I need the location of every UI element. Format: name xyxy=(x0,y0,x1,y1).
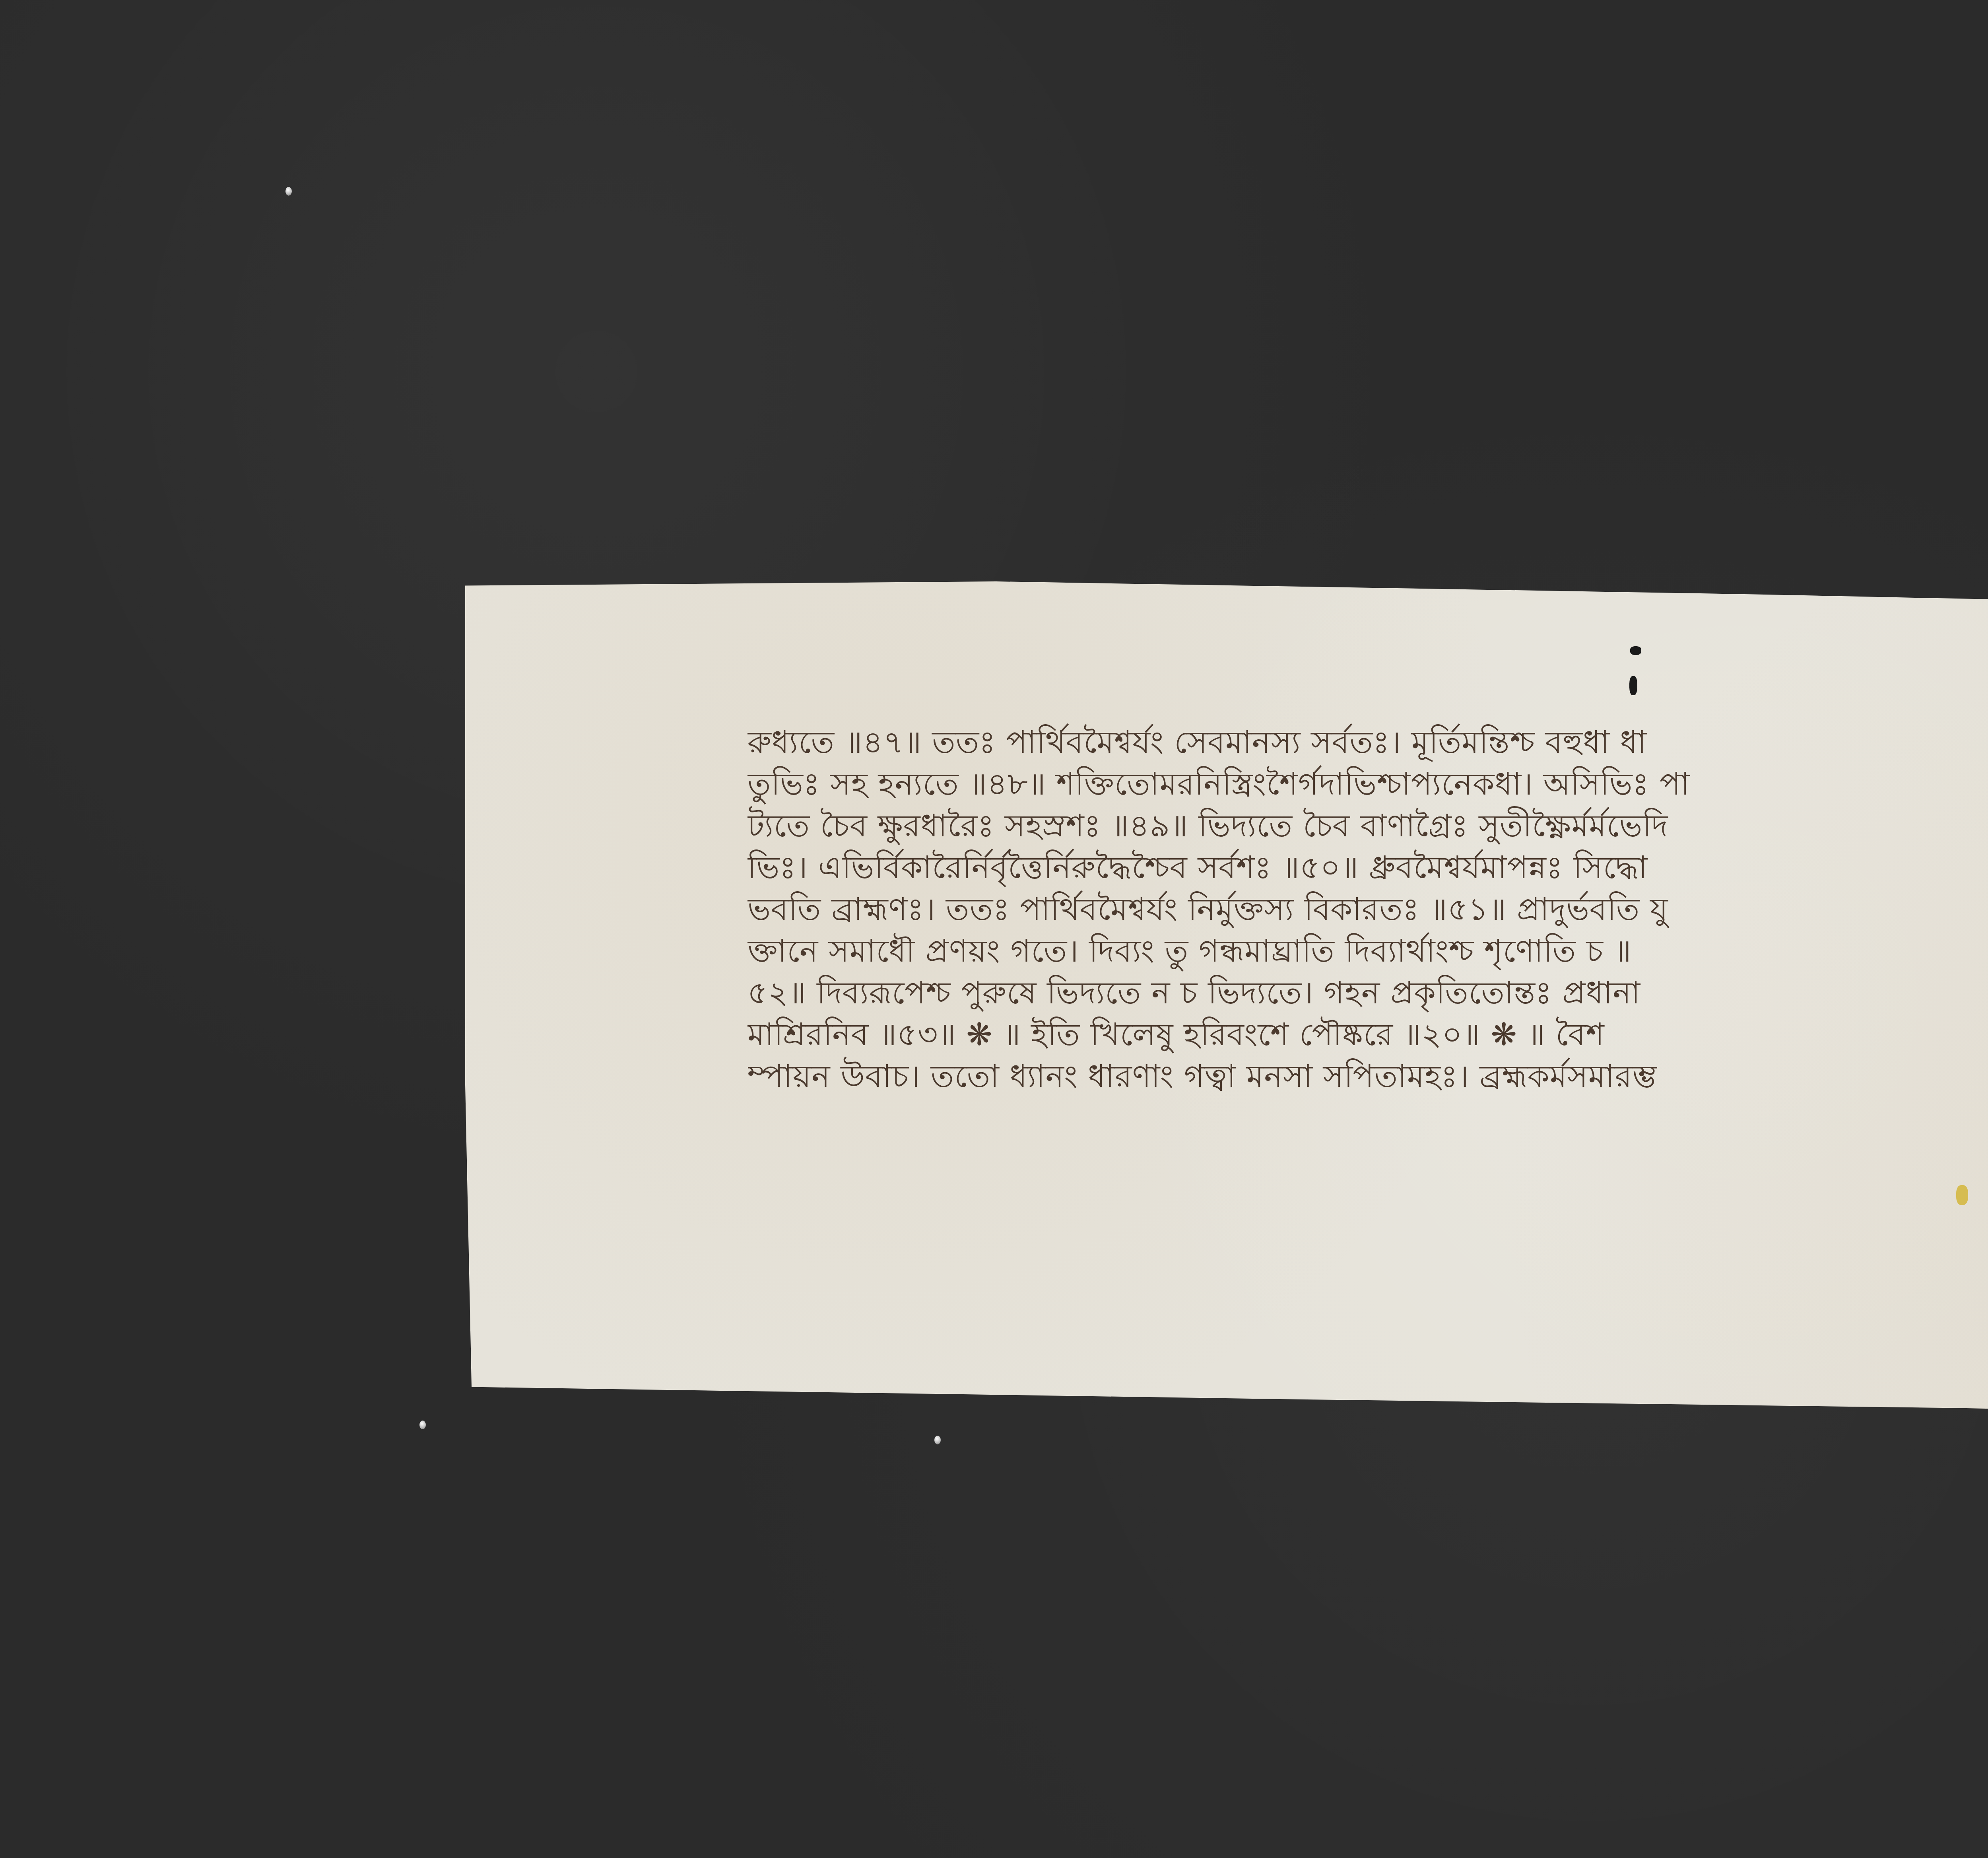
yellow-pigment-stain xyxy=(1956,1185,1968,1205)
text-line-7: ৫২॥ দিব্যরূপেশ্চ পুরুষে ভিদ্যতে ন চ ভিদ্… xyxy=(747,972,1988,1014)
text-line-6: ক্তানে সমাধৌ প্রণয়ং গতে। দিব্যং তু গন্ধ… xyxy=(747,931,1988,972)
mounting-pin xyxy=(285,187,292,196)
text-line-4: ভিঃ। এভির্বিকারৈর্নির্বৃত্তৈর্নিরুদ্ধৈশ্… xyxy=(747,847,1988,889)
mounting-pin xyxy=(934,1436,941,1444)
text-line-9: ম্পায়ন উবাচ। ততো ধ্যানং ধারণাং গত্বা মন… xyxy=(747,1056,1988,1098)
text-line-5: ভবতি ব্রাহ্মণঃ। ততঃ পার্থিবমৈশ্বর্যং নির… xyxy=(747,889,1988,931)
text-line-1: রুধ্যতে ॥৪৭॥ ততঃ পার্থিবমৈশ্বর্যং সেবমান… xyxy=(747,722,1988,764)
manuscript-text: রুধ্যতে ॥৪৭॥ ততঃ পার্থিবমৈশ্বর্যং সেবমান… xyxy=(747,722,1988,1098)
mounting-pin xyxy=(419,1421,426,1429)
paper-hole xyxy=(1630,646,1641,655)
text-line-8: মাশ্রিরনিব ॥৫৩॥ ❋ ॥ ইতি খিলেষু হরিবংশে প… xyxy=(747,1014,1988,1056)
text-line-3: ট্যতে চৈব ক্ষুরধারৈঃ সহস্রশঃ ॥৪৯॥ ভিদ্যত… xyxy=(747,805,1988,847)
text-line-2: তুভিঃ সহ হন্যতে ॥৪৮॥ শক্তিতোমরনিস্ত্রিংশ… xyxy=(747,764,1988,805)
paper-hole xyxy=(1629,676,1637,695)
